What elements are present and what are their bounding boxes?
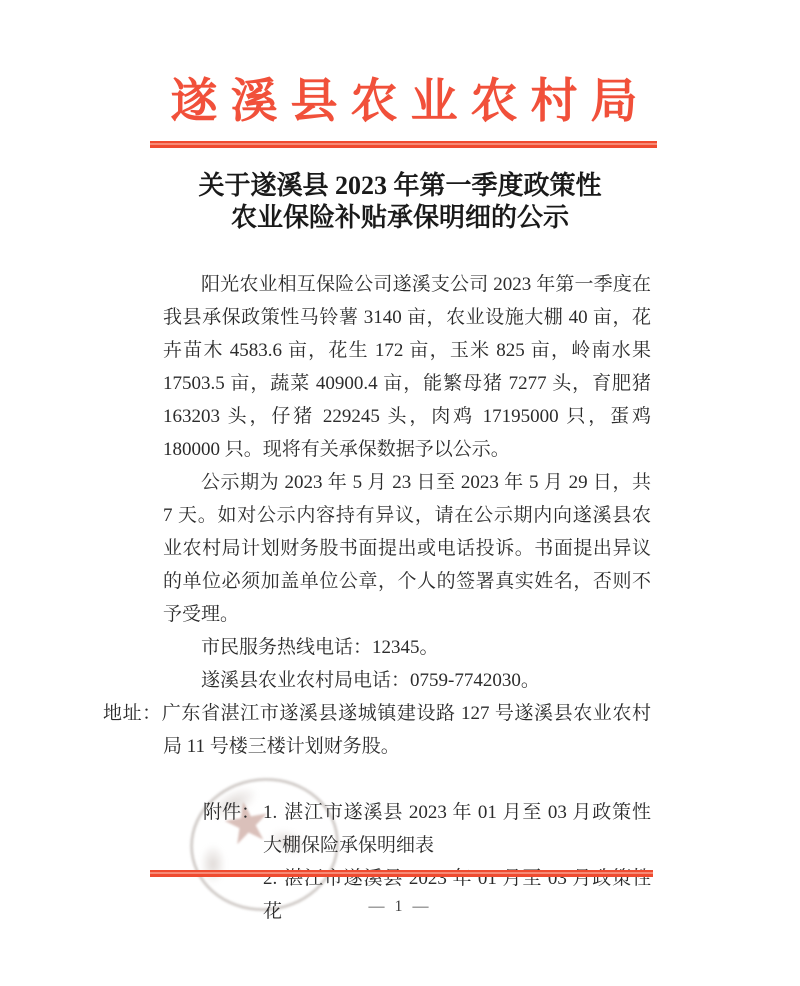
attachment-item: 1.湛江市遂溪县 2023 年 01 月至 03 月政策性大棚保险承保明细表 xyxy=(263,796,651,862)
document-title-line2: 农业保险补贴承保明细的公示 xyxy=(100,202,700,234)
document-title-line1: 关于遂溪县 2023 年第一季度政策性 xyxy=(100,170,700,202)
document-body: 阳光农业相互保险公司遂溪支公司 2023 年第一季度在我县承保政策性马铃薯 31… xyxy=(163,268,651,928)
document-page: 遂溪县农业农村局 关于遂溪县 2023 年第一季度政策性 农业保险补贴承保明细的… xyxy=(0,0,800,986)
address-line: 地址：广东省湛江市遂溪县遂城镇建设路 127 号遂溪县农业农村局 11 号楼三楼… xyxy=(163,697,651,763)
letterhead-divider xyxy=(150,141,657,148)
document-title: 关于遂溪县 2023 年第一季度政策性 农业保险补贴承保明细的公示 xyxy=(100,170,700,234)
hotline-line: 市民服务热线电话：12345。 xyxy=(163,631,651,664)
attachment-number: 1. xyxy=(263,802,277,823)
footer-divider xyxy=(150,870,653,877)
letterhead-agency-name: 遂溪县农业农村局 xyxy=(150,74,658,130)
paragraph-notice-period: 公示期为 2023 年 5 月 23 日至 2023 年 5 月 29 日，共 … xyxy=(163,466,651,631)
address-label: 地址： xyxy=(103,703,162,724)
address-text: 广东省湛江市遂溪县遂城镇建设路 127 号遂溪县农业农村局 11 号楼三楼计划财… xyxy=(162,703,651,757)
paragraph-insurance-summary: 阳光农业相互保险公司遂溪支公司 2023 年第一季度在我县承保政策性马铃薯 31… xyxy=(163,268,651,466)
bureau-phone-line: 遂溪县农业农村局电话：0759-7742030。 xyxy=(163,664,651,697)
page-number: — 1 — xyxy=(0,898,800,916)
attachment-text: 湛江市遂溪县 2023 年 01 月至 03 月政策性大棚保险承保明细表 xyxy=(263,802,651,856)
